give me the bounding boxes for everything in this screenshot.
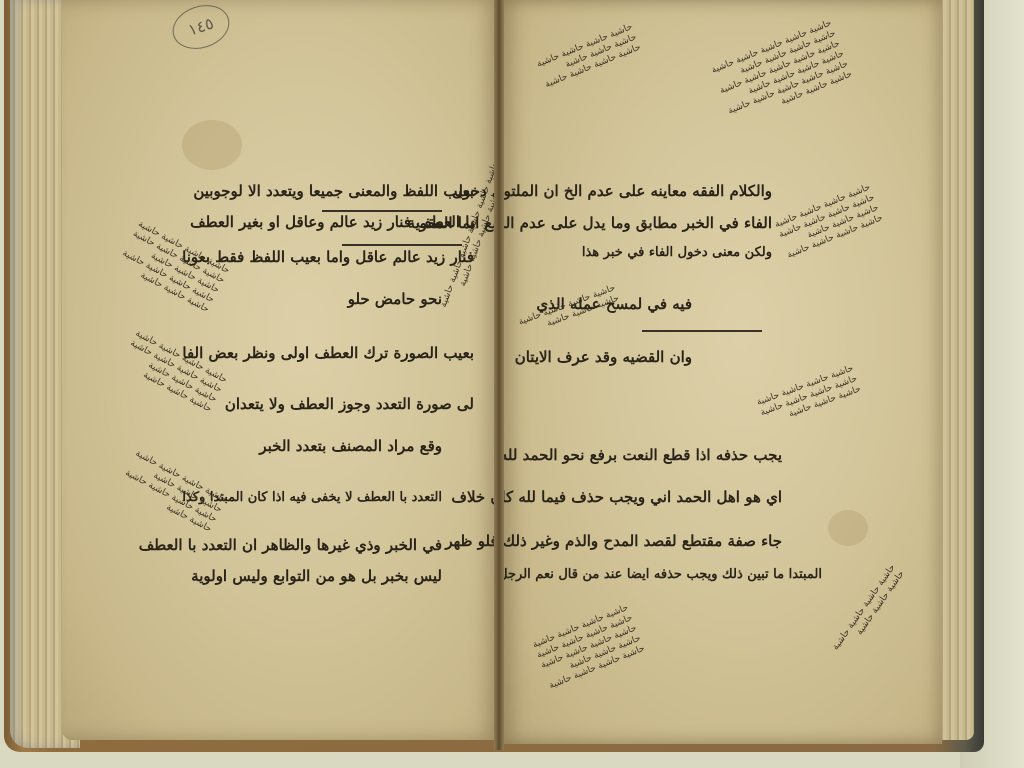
- main-text-line: ليس بخبر بل هو من التوابع وليس اولوية: [191, 567, 442, 585]
- stain: [182, 120, 242, 170]
- marginal-gloss: حاشية حاشية حاشية حاشيةحاشية حاشية حاشية…: [115, 219, 231, 316]
- main-text-line: نحو حامض حلو: [348, 290, 442, 308]
- main-text-line: المبتدا ما تبين ذلك ويجب حذفه ايضا عند م…: [498, 567, 822, 582]
- main-text-line: فنار زيد عالم عاقل واما بعيب اللفظ فقط ب…: [182, 248, 474, 266]
- rule-line: [342, 244, 462, 246]
- left-page: ١٤٥ بعيب اللفظ والمعنى جميعا ويتعدد الا …: [62, 0, 502, 740]
- right-page: والكلام الفقه معاينه على عدم الخ ان المل…: [498, 0, 942, 744]
- main-text-line: الفاء في الخبر مطابق وما يدل على عدم الم…: [408, 214, 772, 232]
- marginal-gloss: حاشية حاشية حاشية حاشيةحاشية حاشية حاشية…: [773, 182, 884, 261]
- marginal-gloss: حاشية حاشية حاشية حاشيةحاشية حاشية حاشية…: [536, 22, 643, 91]
- marginal-gloss: حاشية حاشية حاشية حاشية حاشيةحاشية حاشية…: [710, 18, 854, 127]
- book-gutter: [494, 0, 504, 750]
- main-text-line: وان القضيه وقد عرف الايتان: [515, 348, 692, 366]
- rule-line: [322, 210, 442, 212]
- main-text-line: ولكن معنى دخول الفاء في خبر هذا: [582, 245, 772, 260]
- main-text-line: وقع مراد المصنف بتعدد الخبر: [259, 437, 442, 455]
- main-text-line: يجب حذفه اذا قطع النعت برفع نحو الحمد لل…: [500, 446, 782, 464]
- marginal-gloss: حاشية حاشية حاشية حاشيةحاشية حاشية حاشية…: [118, 449, 229, 536]
- main-text-line: لى صورة التعدد وجوز العطف ولا يتعدان: [225, 395, 474, 413]
- rule-line: [642, 330, 762, 332]
- marginal-gloss: حاشية حاشية حاشية حاشيةحاشية حاشية حاشية…: [118, 329, 229, 416]
- marginal-gloss: حاشية حاشية حاشية حاشيةحاشية حاشية حاشية…: [531, 603, 646, 692]
- main-text-line: بعيب الصورة ترك العطف اولى ونظر بعض الفا: [182, 344, 474, 362]
- folio-number: ١٤٥: [167, 0, 235, 56]
- stain: [828, 510, 868, 546]
- marginal-gloss: حاشية حاشية حاشية حاشيةحاشية حاشية حاشية: [831, 563, 908, 659]
- main-text-line: بعيب اللفظ والمعنى جميعا ويتعدد الا لوجو…: [193, 182, 474, 200]
- marginal-gloss: حاشية حاشية حاشية حاشيةحاشية حاشية حاشية…: [755, 364, 862, 430]
- main-text-line: في الخبر وذي غيرها والظاهر ان التعدد با …: [139, 536, 442, 554]
